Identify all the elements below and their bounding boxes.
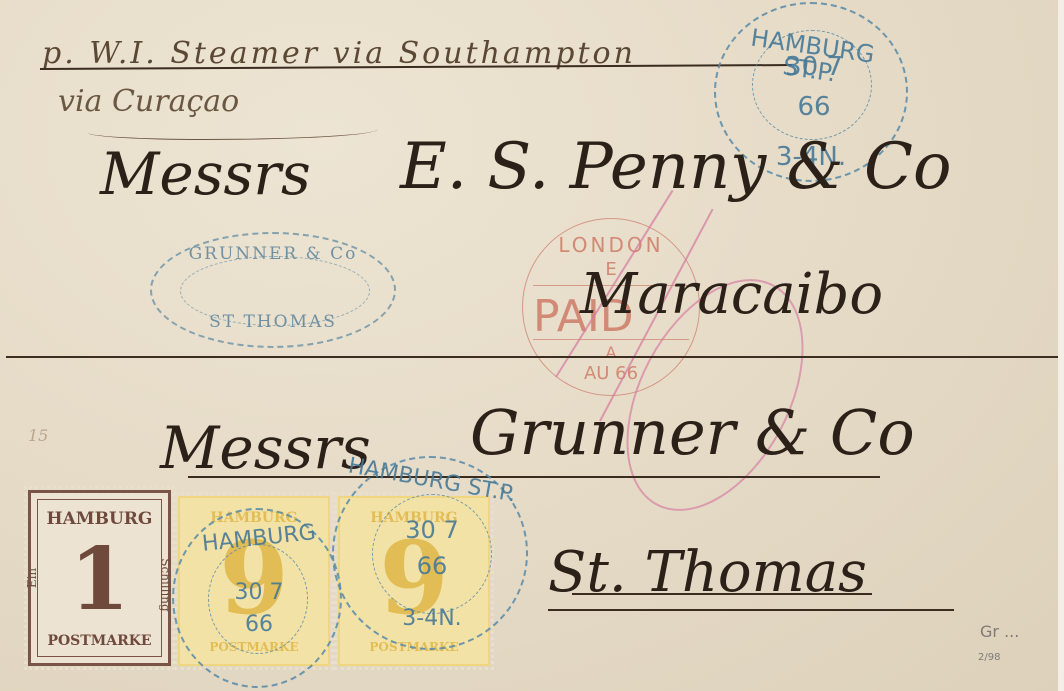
struck-city: St. Thomas <box>548 540 867 605</box>
address-city: Maracaibo <box>580 262 883 327</box>
struck-address-line <box>188 476 880 478</box>
struck-city-line-1 <box>572 593 872 595</box>
routing-line-2: via Curaçao <box>58 84 239 119</box>
divider-rule <box>6 356 1058 358</box>
routing-underline-flourish <box>88 122 378 140</box>
postmark-hamburg-stamp-right: HAMBURG ST.P. 30 7 66 3-4N. <box>332 456 528 650</box>
stamp-1-schilling: HAMBURG 1 Ein Schilling POSTMARKE <box>28 490 171 666</box>
postmark-hamburg-stamp-left: HAMBURG 30 7 66 <box>172 508 342 688</box>
struck-salutation: Messrs <box>160 414 371 482</box>
struck-city-line-2 <box>548 609 954 611</box>
struck-name: Grunner & Co <box>470 396 915 469</box>
margin-mark: 15 <box>28 426 48 445</box>
address-name: E. S. Penny & Co <box>400 130 951 204</box>
pencil-note-1: Gr ... <box>980 622 1019 641</box>
pencil-note-2: 2/98 <box>978 652 1000 663</box>
address-salutation: Messrs <box>100 140 311 208</box>
handstamp-oval: GRUNNER & Co ST THOMAS <box>150 232 396 348</box>
postal-cover: p. W.I. Steamer via Southampton via Cura… <box>0 0 1064 691</box>
